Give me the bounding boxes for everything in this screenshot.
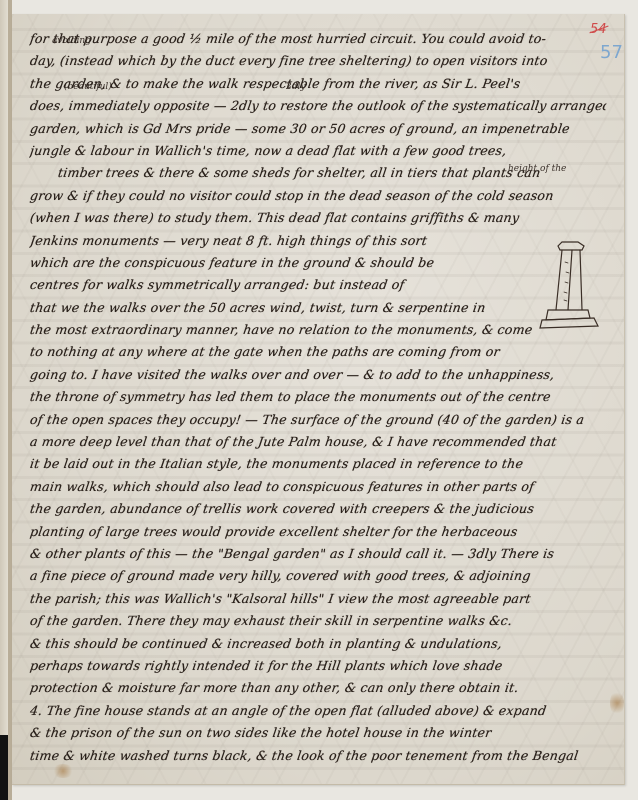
manuscript-text: for that purpose a good ½ mile of the mo… [30,28,606,767]
text-line: jungle & labour in Wallich's time, now a… [28,140,607,162]
text-line: the throne of symmetry has led them to p… [28,386,607,408]
text-line: Jenkins monuments — very neat 8 ft. high… [28,230,501,252]
text-line: 4. The fine house stands at an angle of … [28,700,607,722]
text-line: does, immediately opposite — 2dly to res… [28,95,607,117]
text-line: grow & if they could no visitor could st… [28,185,607,207]
text-line: perhaps towards rightly intended it for … [28,655,607,677]
text-line: & the prison of the sun on two sides lik… [28,722,607,744]
text-line: & this should be continued & increased b… [28,633,607,655]
text-line: it be laid out in the Italian style, the… [28,453,607,475]
manuscript-page: 54 57 avoiding (beautiful) 2dly height o… [12,14,625,785]
text-line: going to. I have visited the walks over … [28,364,607,386]
text-line: which are the conspicuous feature in the… [28,252,501,274]
binding-strip [0,0,8,800]
text-line: of the garden. There they may exhaust th… [28,610,607,632]
text-line: the garden, abundance of trellis work co… [28,498,607,520]
text-line: the most extraordinary manner, have no r… [28,319,607,341]
text-line: timber trees & there & some sheds for sh… [28,162,607,184]
text-line: garden, which is Gd Mrs pride — some 30 … [28,118,607,140]
text-line: a fine piece of ground made very hilly, … [28,565,607,587]
text-line: for that purpose a good ½ mile of the mo… [28,28,607,50]
text-line: protection & moisture far more than any … [28,677,607,699]
text-line: time & white washed turns black, & the l… [28,745,607,767]
foxing-stain [610,690,624,716]
text-line: day, (instead which by the duct every fi… [28,50,607,72]
text-line: of the open spaces they occupy! — The su… [28,409,607,431]
text-line: the garden, & to make the walk respectab… [28,73,607,95]
text-line: the parish; this was Wallich's "Kalsoral… [28,588,607,610]
text-line: a more deep level than that of the Jute … [28,431,607,453]
text-line: centres for walks symmetrically arranged… [28,274,501,296]
scan-shadow [0,735,8,800]
text-line: (when I was there) to study them. This d… [28,207,607,229]
text-line: main walks, which should also lead to co… [28,476,607,498]
text-line: to nothing at any where at the gate when… [28,341,607,363]
text-line: planting of large trees would provide ex… [28,521,607,543]
text-line: that we the walks over the 50 acres wind… [28,297,501,319]
text-line: & other plants of this — the "Bengal gar… [28,543,607,565]
